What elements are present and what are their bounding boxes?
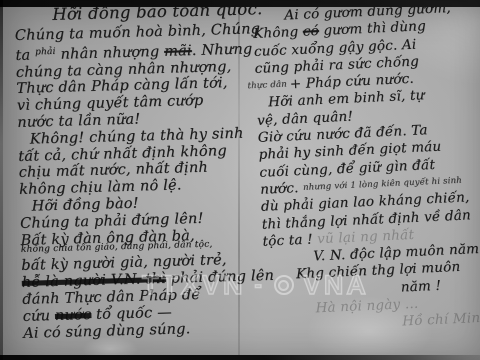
manuscript-page-right: Ai có gươm dùng gươm,Không có gươm thì d… xyxy=(252,0,480,337)
film-border-bottom xyxy=(0,355,480,360)
film-border-left xyxy=(0,0,3,360)
page-fold-line xyxy=(238,7,240,355)
manuscript-photo: Hỡi đồng bào toàn quốc.Chúng ta muốn hoà… xyxy=(0,0,480,360)
film-border-top xyxy=(0,0,480,7)
manuscript-page-left: Hỡi đồng bào toàn quốc.Chúng ta muốn hoà… xyxy=(14,0,243,342)
